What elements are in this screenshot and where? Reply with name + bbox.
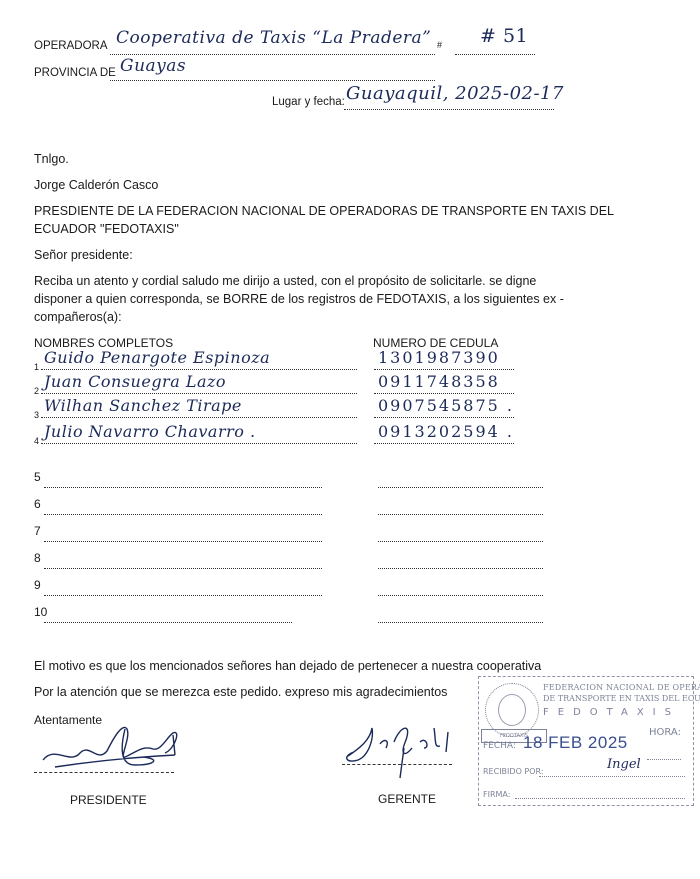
row-number: 4 bbox=[34, 436, 39, 446]
provincia-label: PROVINCIA DE bbox=[34, 67, 116, 79]
member-cedula[interactable]: 0907545875 . bbox=[378, 396, 514, 415]
cedula-line bbox=[378, 487, 543, 488]
presidente-label: PRESIDENTE bbox=[70, 793, 147, 807]
gerente-signature-line bbox=[342, 764, 452, 765]
stamp-recibido-label: RECIBIDO POR: bbox=[483, 767, 544, 776]
body-line-3: compañeros(a): bbox=[34, 308, 122, 326]
member-cedula[interactable]: 1301987390 bbox=[378, 348, 500, 367]
numero-line bbox=[455, 54, 535, 55]
cedula-line bbox=[374, 443, 514, 444]
cedula-line bbox=[378, 514, 543, 515]
stamp-hora-label: HORA: bbox=[649, 727, 681, 738]
row-number: 5 bbox=[34, 470, 41, 484]
body-line-2: disponer a quien corresponda, se BORRE d… bbox=[34, 290, 564, 308]
gerente-signature bbox=[330, 718, 480, 783]
name-line bbox=[44, 595, 322, 596]
name-line bbox=[44, 568, 322, 569]
body-line-1: Reciba un atento y cordial saludo me dir… bbox=[34, 272, 536, 290]
salutation: Señor presidente: bbox=[34, 246, 133, 264]
cedula-line bbox=[378, 595, 543, 596]
stamp-firma-line bbox=[515, 798, 685, 799]
stamp-line-1: FEDERACION NACIONAL DE OPERADORAS bbox=[543, 683, 700, 692]
member-name[interactable]: Julio Navarro Chavarro . bbox=[44, 422, 256, 441]
presidente-signature bbox=[35, 715, 195, 780]
stamp-recibido-line bbox=[539, 776, 685, 777]
name-line bbox=[41, 443, 357, 444]
lugar-fecha-label: Lugar y fecha: bbox=[272, 96, 345, 108]
operadora-line bbox=[110, 54, 435, 55]
provincia-line bbox=[110, 80, 435, 81]
addressee-position-1: PRESDIENTE DE LA FEDERACION NACIONAL DE … bbox=[34, 202, 614, 220]
numero-value[interactable]: # 51 bbox=[480, 25, 528, 47]
name-line bbox=[44, 487, 322, 488]
cedula-line bbox=[378, 568, 543, 569]
cedula-line bbox=[374, 369, 514, 370]
reception-stamp: FEDOTAXIS FEDERACION NACIONAL DE OPERADO… bbox=[478, 676, 694, 806]
row-number: 6 bbox=[34, 497, 41, 511]
numero-label: # bbox=[437, 40, 442, 50]
stamp-recibido-value: Ingel bbox=[607, 757, 641, 772]
cedula-line bbox=[374, 417, 514, 418]
stamp-firma-label: FIRMA: bbox=[483, 790, 510, 799]
cedula-line bbox=[378, 622, 543, 623]
stamp-line-3: FEDOTAXIS bbox=[543, 707, 680, 718]
name-line bbox=[41, 369, 357, 370]
motivo-text: El motivo es que los mencionados señores… bbox=[34, 657, 541, 675]
cedula-line bbox=[374, 393, 514, 394]
provincia-value[interactable]: Guayas bbox=[120, 56, 186, 76]
row-number: 2 bbox=[34, 386, 39, 396]
addressee-name: Jorge Calderón Casco bbox=[34, 176, 158, 194]
member-name[interactable]: Wilhan Sanchez Tirape bbox=[44, 396, 242, 415]
row-number: 7 bbox=[34, 524, 41, 538]
name-line bbox=[41, 417, 357, 418]
name-line bbox=[44, 514, 322, 515]
addressee-title: Tnlgo. bbox=[34, 150, 69, 168]
row-number: 9 bbox=[34, 578, 41, 592]
lugar-fecha-line bbox=[344, 109, 554, 110]
presidente-signature-line bbox=[34, 772, 174, 773]
operadora-label: OPERADORA bbox=[34, 40, 108, 52]
agradecimiento-text: Por la atención que se merezca este pedi… bbox=[34, 683, 447, 701]
stamp-hora-line bbox=[647, 759, 681, 760]
row-number: 10 bbox=[34, 605, 47, 619]
row-number: 8 bbox=[34, 551, 41, 565]
name-line bbox=[44, 622, 292, 623]
stamp-fecha-label: FECHA: bbox=[483, 741, 516, 751]
operadora-value[interactable]: Cooperativa de Taxis “La Pradera” bbox=[116, 28, 431, 48]
addressee-position-2: ECUADOR "FEDOTAXIS" bbox=[34, 220, 179, 238]
gerente-label: GERENTE bbox=[378, 792, 436, 806]
lugar-fecha-value[interactable]: Guayaquil, 2025-02-17 bbox=[346, 83, 564, 104]
stamp-line-2: DE TRANSPORTE EN TAXIS DEL ECUADOR bbox=[543, 694, 700, 703]
member-cedula[interactable]: 0913202594 . bbox=[378, 422, 514, 441]
member-name[interactable]: Juan Consuegra Lazo bbox=[44, 372, 226, 391]
member-name[interactable]: Guido Penargote Espinoza bbox=[44, 348, 270, 367]
cedula-line bbox=[378, 541, 543, 542]
row-number: 3 bbox=[34, 410, 39, 420]
member-cedula[interactable]: 0911748358 bbox=[378, 372, 500, 391]
row-number: 1 bbox=[34, 362, 39, 372]
name-line bbox=[41, 393, 357, 394]
stamp-fecha-value: 18 FEB 2025 bbox=[523, 733, 628, 753]
name-line bbox=[44, 541, 322, 542]
